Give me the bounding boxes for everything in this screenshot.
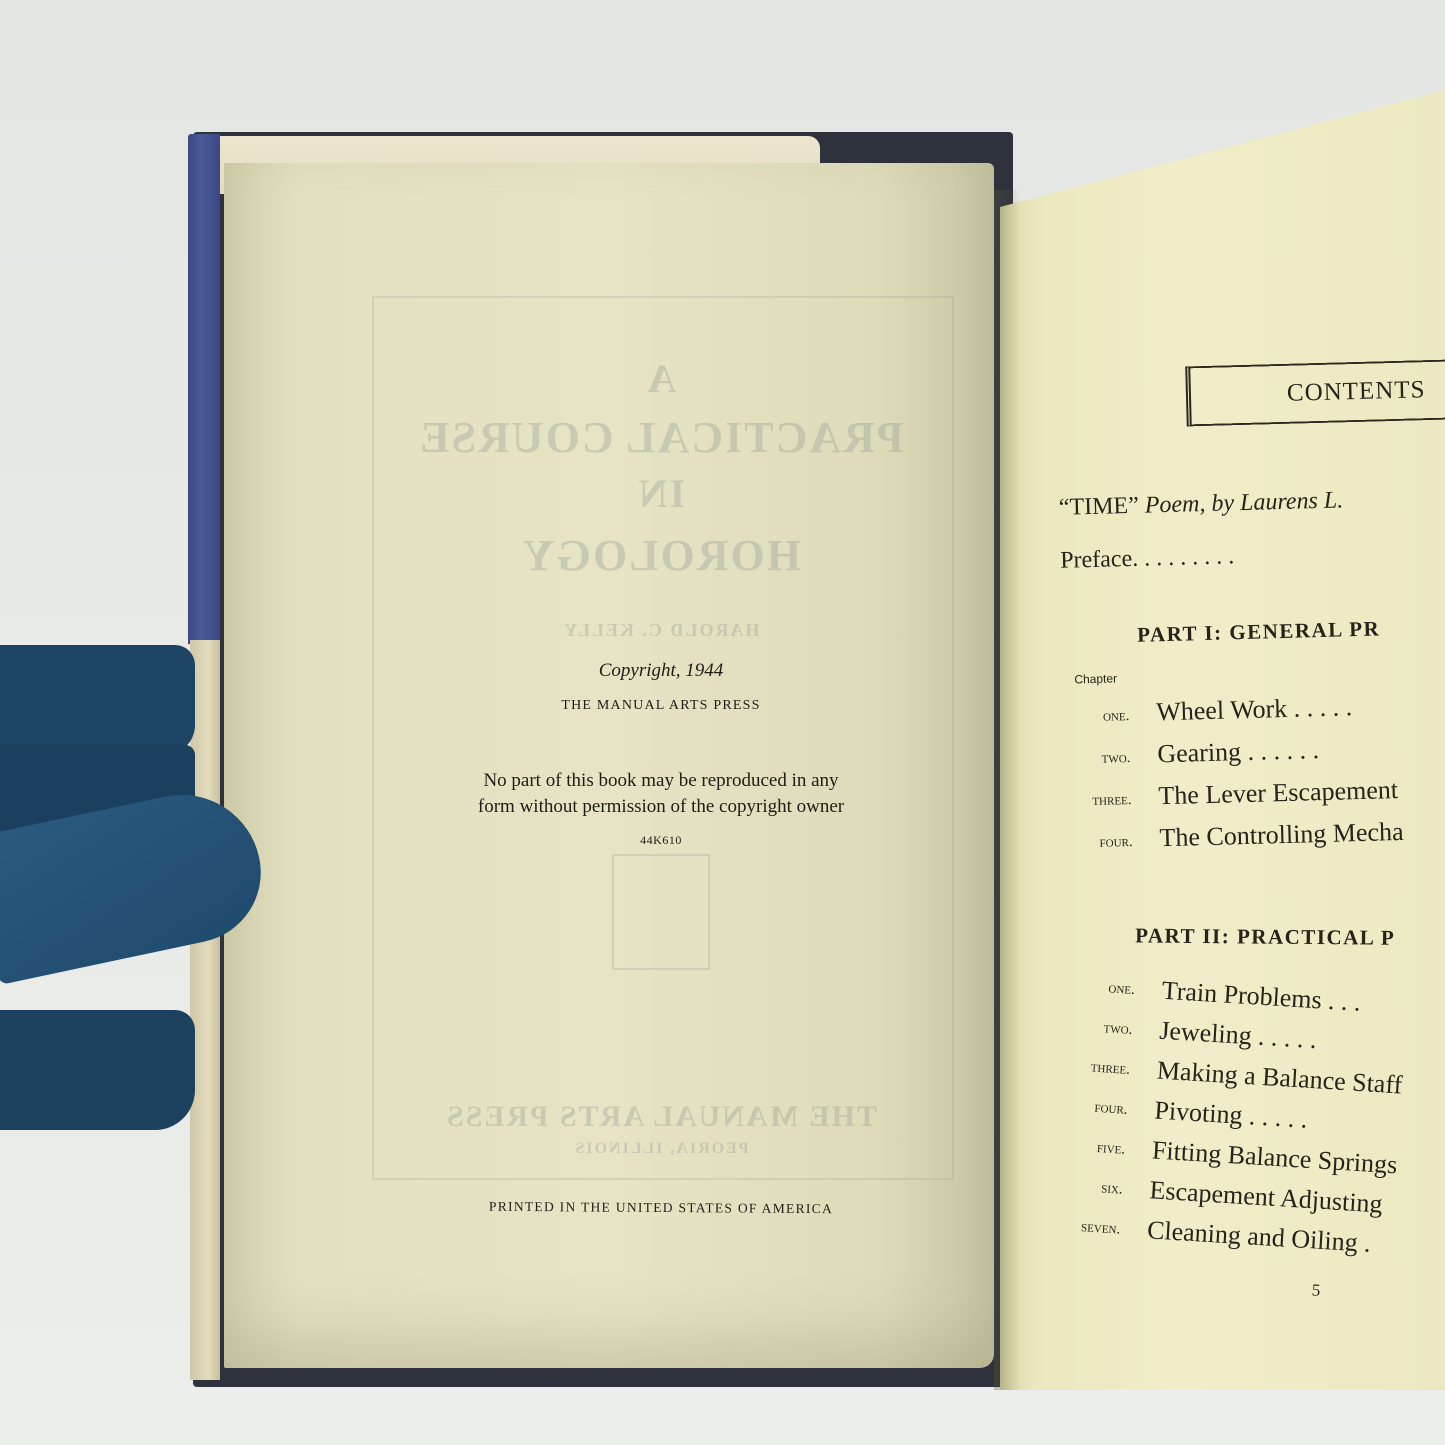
show-through-logo-icon <box>612 854 710 970</box>
rights-notice: No part of this book may be reproduced i… <box>372 768 950 820</box>
show-through-title-a: A <box>372 355 950 402</box>
p2-chapter-num: TWO. <box>1062 1018 1133 1039</box>
show-through-title-practical-course: PRACTICAL COURSE <box>372 412 950 463</box>
p1-chapter-title: The Lever Escapement <box>1158 775 1398 811</box>
publisher-name: THE MANUAL ARTS PRESS <box>372 698 950 714</box>
part2-chapter-list: ONE. Train Problems . . . TWO. Jeweling … <box>1066 970 1445 997</box>
show-through-title-in: IN <box>372 470 950 517</box>
book-spine <box>188 134 220 644</box>
book-gutter-shadow <box>994 190 1020 1390</box>
p1-chapter-num: FOUR. <box>1062 834 1132 853</box>
p2-chapter-num: ONE. <box>1064 978 1135 999</box>
contents-heading-box: CONTENTS <box>1185 358 1445 427</box>
glove-finger-upper <box>0 645 195 755</box>
chapter-label: Chapter <box>1074 671 1117 686</box>
p2-chapter-title: Train Problems . . . <box>1161 976 1362 1018</box>
rights-notice-line1: No part of this book may be reproduced i… <box>372 768 950 794</box>
part2-heading: PART II: PRACTICAL P <box>1135 923 1395 950</box>
toc-poem-credit: Poem, by Laurens L. <box>1144 487 1343 518</box>
p1-chapter-num: TWO. <box>1060 750 1130 769</box>
p2-chapter-title: Cleaning and Oiling . <box>1146 1215 1371 1259</box>
p1-chapter-title: Wheel Work . . . . . <box>1156 692 1353 727</box>
toc-preface: Preface. . . . . . . . . <box>1060 543 1235 575</box>
p2-chapter-title: Making a Balance Staff <box>1156 1056 1403 1101</box>
toc-poem: “TIME” Poem, by Laurens L. <box>1059 487 1344 521</box>
p1-chapter-num: THREE. <box>1061 792 1131 811</box>
contents-heading: CONTENTS <box>1287 376 1426 408</box>
p1-chapter-num: ONE. <box>1059 708 1129 727</box>
copyright-line: Copyright, 1944 <box>372 660 950 682</box>
p2-chapter-title: Pivoting . . . . . <box>1154 1095 1309 1134</box>
p2-chapter-title: Fitting Balance Springs <box>1151 1135 1398 1180</box>
show-through-city: PEORIA, ILLINOIS <box>372 1140 950 1158</box>
print-code: 44K610 <box>372 833 950 848</box>
p2-chapter-num: THREE. <box>1060 1058 1131 1079</box>
contents-text: CONTENTS “TIME” Poem, by Laurens L. Pref… <box>1050 348 1445 1359</box>
page-number: 5 <box>1311 1280 1321 1300</box>
show-through-publisher: THE MANUAL ARTS PRESS <box>372 1100 950 1134</box>
p2-chapter-title: Escapement Adjusting <box>1149 1175 1384 1219</box>
p1-chapter-title: The Controlling Mecha <box>1159 817 1404 853</box>
part1-heading: PART I: GENERAL PR <box>1137 616 1381 647</box>
show-through-author: HAROLD C. KELLY <box>372 620 950 641</box>
show-through-title-horology: HOROLOGY <box>372 530 950 581</box>
p2-chapter-title: Jeweling . . . . . <box>1159 1016 1318 1056</box>
glove-finger-lower <box>0 1010 195 1130</box>
p1-chapter-title: Gearing . . . . . . <box>1157 735 1319 769</box>
toc-poem-quote: “TIME” <box>1059 493 1140 521</box>
rights-notice-line2: form without permission of the copyright… <box>372 794 950 820</box>
